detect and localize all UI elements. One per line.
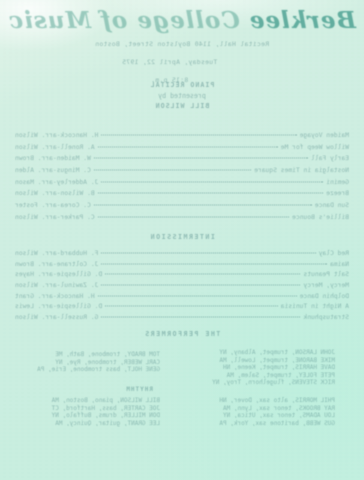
program-row: Billie's BounceC. Parker-arr. Wilson <box>15 214 349 226</box>
piece-title: Stratusphunk <box>304 314 350 321</box>
dot-leader <box>94 205 312 206</box>
piece-title: Early Fall <box>311 155 349 162</box>
program-row: BreezeB. Wilson-arr. Wilson <box>15 190 349 202</box>
performer-line: JOE CARTER, bass, Hartford, CT <box>20 405 160 413</box>
performer-line: GUS WEBB, baritone sax, York, PA <box>185 420 335 428</box>
piece-title: Willow Weep for Me <box>281 144 349 151</box>
program-list-part1: Maiden VoyageH. Hancock-arr. Wilson Will… <box>15 132 349 226</box>
performer-line: MIKE BARONE, trumpet, Lowell, MA <box>185 357 335 365</box>
performers-group-a-right: TOM BRADY, trombone, Bath, ME CARL WEBER… <box>20 351 160 374</box>
program-row: Maiden VoyageH. Hancock-arr. Wilson <box>15 132 349 144</box>
program-row: StratusphunkG. Russell-arr. Wilson <box>15 314 349 325</box>
college-masthead: Berklee College of Music <box>0 8 364 34</box>
piece-title: Gemini <box>326 179 349 186</box>
piece-title: Sun Dance <box>315 202 349 209</box>
dot-leader <box>101 181 323 182</box>
dot-leader <box>98 216 290 217</box>
performer-line: CARL WEBER, trombone, Rye, NY <box>20 359 160 367</box>
piece-credit: H. Hancock-arr. Grant <box>15 293 95 300</box>
performers-group-b-left: PHIL MORRIS, alto sax, Dover, NH RAY BRO… <box>185 397 335 427</box>
dot-leader <box>98 193 324 194</box>
college-name-secondary: College of Music <box>8 7 249 34</box>
dot-leader <box>101 285 300 286</box>
piece-credit: D. Gillespie-arr. Hayes <box>15 271 102 278</box>
program-row: GeminiJ. Adderley-arr. Mason <box>15 179 349 191</box>
dot-leader <box>98 295 297 296</box>
recital-title: PIANO RECITAL <box>0 80 364 91</box>
piece-credit: G. Russell-arr. Wilson <box>15 314 98 321</box>
performer-line: DAVE HARRIS, trumpet, Keene, NH <box>185 364 335 372</box>
dot-leader <box>98 146 278 147</box>
dot-leader <box>105 306 278 307</box>
performers-heading: THE PERFORMERS <box>0 330 364 338</box>
recital-title-block: PIANO RECITAL presented by BILL WILSON <box>0 80 364 112</box>
dot-leader <box>101 317 300 318</box>
performer-line: PETE FOLEY, trumpet, Salem, MA <box>185 372 335 380</box>
performer-line: GENE HOLT, bass trombone, Erie, PA <box>20 366 160 374</box>
scanned-program-back-page: Berklee College of Music Recital Hall, 1… <box>0 0 364 480</box>
program-row: Mercy, MercyJ. Zawinul-arr. Wilson <box>15 282 349 293</box>
piece-title: Naima <box>330 261 349 268</box>
piece-title: Red Clay <box>319 250 349 257</box>
performer-name: BILL WILSON <box>0 101 364 112</box>
intermission-heading: INTERMISSION <box>0 233 364 241</box>
program-row: Sun DanceC. Corea-arr. Foster <box>15 202 349 214</box>
performer-line: RAY BROOKS, tenor sax, Lynn, MA <box>185 405 335 413</box>
piece-credit: J. Adderley-arr. Mason <box>15 179 98 186</box>
piece-credit: F. Hubbard-arr. Wilson <box>15 250 98 257</box>
performer-line: BILL WILSON, piano, Boston, MA <box>20 397 160 405</box>
piece-credit: C. Mingus-arr. Alden <box>15 167 91 174</box>
performer-line: PHIL MORRIS, alto sax, Dover, NH <box>185 397 335 405</box>
program-row: A Night in TunisiaD. Gillespie-arr. Lewi… <box>15 303 349 314</box>
program-row: Dolphin DanceH. Hancock-arr. Grant <box>15 293 349 304</box>
program-row: Willow Weep for MeA. Ronell-arr. Wilson <box>15 144 349 156</box>
dot-leader <box>105 274 300 275</box>
performer-line: TOM BRADY, trombone, Bath, ME <box>20 351 160 359</box>
piece-credit: A. Ronell-arr. Wilson <box>15 144 95 151</box>
dot-leader <box>101 253 315 254</box>
performer-line: DON MILLER, drums, Buffalo, NY <box>20 412 160 420</box>
program-row: Early FallW. Maiden-arr. Brown <box>15 155 349 167</box>
piece-credit: H. Hancock-arr. Wilson <box>15 132 98 139</box>
college-name-primary: Berklee <box>249 7 356 34</box>
piece-credit: D. Gillespie-arr. Lewis <box>15 303 102 310</box>
performer-line: LOU ADAMS, tenor sax, Utica, NY <box>185 412 335 420</box>
event-date: Tuesday, April 22, 1975 <box>122 58 217 66</box>
dot-leader <box>101 135 296 136</box>
rhythm-section-caption: RHYTHM <box>125 386 153 393</box>
program-row: Salt PeanutsD. Gillespie-arr. Hayes <box>15 271 349 282</box>
piece-title: Nostalgia in Times Square <box>254 167 349 174</box>
dot-leader <box>94 158 308 159</box>
presented-by-line: presented by <box>0 91 364 102</box>
piece-title: Maiden Voyage <box>300 132 349 139</box>
venue-line: Recital Hall, 1140 Boylston Street, Bost… <box>0 40 364 49</box>
piece-credit: J. Coltrane-arr. Brown <box>15 261 98 268</box>
piece-credit: C. Corea-arr. Foster <box>15 202 91 209</box>
performers-group-b-right: BILL WILSON, piano, Boston, MA JOE CARTE… <box>20 397 160 427</box>
piece-credit: J. Zawinul-arr. Wilson <box>15 282 98 289</box>
piece-title: Mercy, Mercy <box>304 282 350 289</box>
dot-leader <box>94 170 251 171</box>
piece-title: A Night in Tunisia <box>281 303 349 310</box>
dot-leader <box>101 263 327 264</box>
performer-line: RICK STEVENS, flugelhorn, Troy, NY <box>185 379 335 387</box>
piece-credit: W. Maiden-arr. Brown <box>15 155 91 162</box>
program-row: NaimaJ. Coltrane-arr. Brown <box>15 261 349 272</box>
piece-title: Breeze <box>326 190 349 197</box>
performer-line: LEE GRANT, guitar, Quincy, MA <box>20 420 160 428</box>
piece-title: Dolphin Dance <box>300 293 349 300</box>
date-time-gap <box>157 67 182 75</box>
program-list-part2: Red ClayF. Hubbard-arr. Wilson NaimaJ. C… <box>15 250 349 325</box>
program-row: Red ClayF. Hubbard-arr. Wilson <box>15 250 349 261</box>
piece-title: Billie's Bounce <box>292 214 349 221</box>
performers-group-a-left: JOHN LARSON, trumpet, Albany, NY MIKE BA… <box>185 349 335 387</box>
program-row: Nostalgia in Times SquareC. Mingus-arr. … <box>15 167 349 179</box>
mirrored-showthrough-content: Berklee College of Music Recital Hall, 1… <box>0 0 364 480</box>
performer-line: JOHN LARSON, trumpet, Albany, NY <box>185 349 335 357</box>
piece-credit: C. Parker-arr. Wilson <box>15 214 95 221</box>
piece-credit: B. Wilson-arr. Wilson <box>15 190 95 197</box>
piece-title: Salt Peanuts <box>304 271 350 278</box>
